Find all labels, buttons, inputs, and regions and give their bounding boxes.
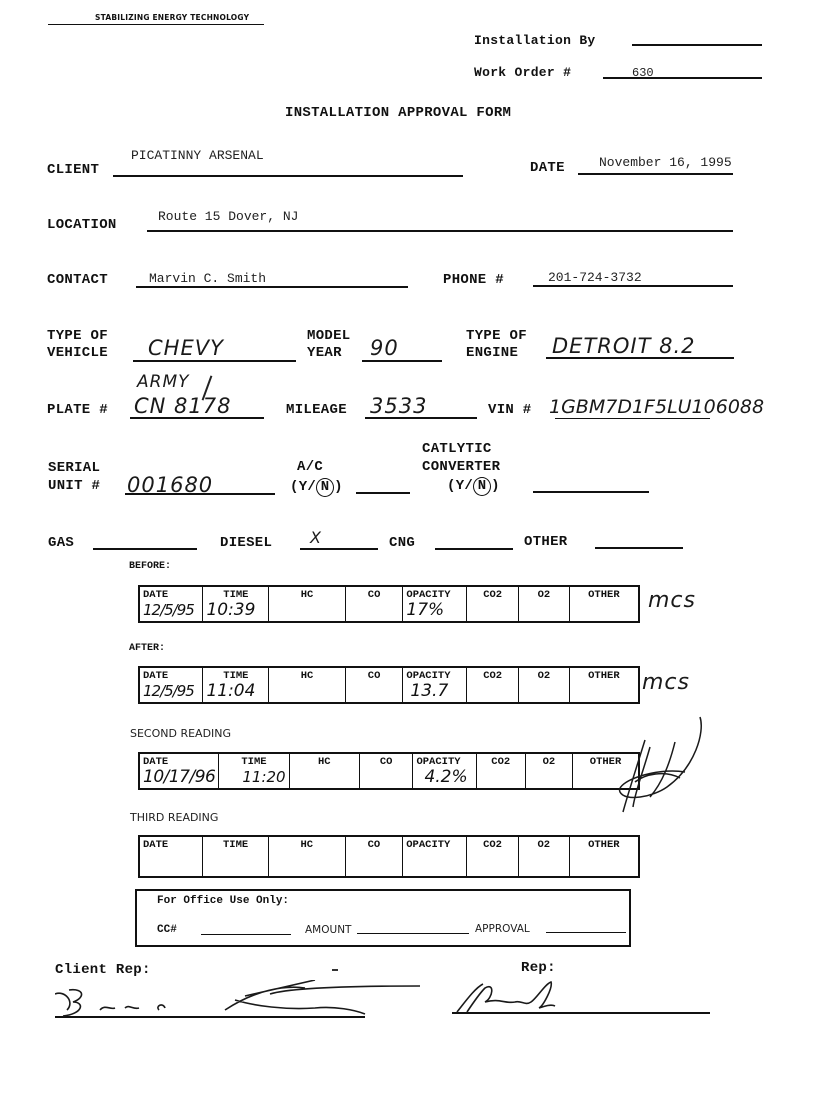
col-hc-header: HC bbox=[293, 756, 356, 768]
work-order-label: Work Order # bbox=[474, 65, 571, 80]
gas-field[interactable] bbox=[93, 548, 197, 550]
after-initials: mcs bbox=[642, 670, 690, 695]
location-label: LOCATION bbox=[47, 217, 117, 233]
second-time-value[interactable]: 11:20 bbox=[222, 768, 285, 786]
ac-options: (Y/N) bbox=[290, 478, 343, 497]
vehicle-type-label: TYPE OF VEHICLE bbox=[47, 328, 108, 362]
ac-field[interactable] bbox=[356, 492, 410, 494]
company-underline bbox=[48, 24, 264, 25]
before-reading-table: DATE12/5/95 TIME10:39 HC CO OPACITY17% C… bbox=[138, 585, 640, 623]
third-reading-label: THIRD READING bbox=[130, 811, 218, 824]
col-co2-header: CO2 bbox=[470, 670, 515, 682]
cng-label: CNG bbox=[389, 535, 415, 551]
date-value: November 16, 1995 bbox=[599, 155, 732, 170]
ac-yes[interactable]: Y bbox=[299, 479, 308, 495]
location-value: Route 15 Dover, NJ bbox=[158, 209, 298, 224]
location-field[interactable] bbox=[147, 230, 733, 232]
cat-converter-label-line1: CATLYTIC bbox=[422, 441, 492, 457]
serial-label-line1: SERIAL bbox=[48, 460, 100, 476]
contact-label: CONTACT bbox=[47, 272, 108, 288]
cng-field[interactable] bbox=[435, 548, 513, 550]
table-row: DATE10/17/96 TIME11:20 HC CO OPACITY4.2%… bbox=[139, 753, 639, 789]
engine-type-value: DETROIT 8.2 bbox=[552, 334, 695, 358]
cat-converter-label: CATLYTIC CONVERTER bbox=[422, 440, 500, 476]
col-opacity-header: OPACITY bbox=[406, 839, 463, 851]
col-date-header: DATE bbox=[143, 589, 199, 601]
vin-label: VIN # bbox=[488, 402, 532, 418]
vehicle-type-field[interactable] bbox=[133, 360, 296, 362]
second-opacity-value[interactable]: 4.2% bbox=[416, 768, 472, 786]
plate-label: PLATE # bbox=[47, 402, 108, 418]
after-label: AFTER: bbox=[129, 643, 165, 654]
ac-no-selected[interactable]: N bbox=[316, 478, 334, 497]
col-co-header: CO bbox=[363, 756, 410, 768]
ac-label: A/C bbox=[297, 459, 323, 475]
diesel-field[interactable] bbox=[300, 548, 378, 550]
col-other-header: OTHER bbox=[573, 839, 635, 851]
after-opacity-value[interactable]: 13.7 bbox=[406, 682, 463, 700]
col-time-header: TIME bbox=[222, 756, 285, 768]
vehicle-type-label-line2: VEHICLE bbox=[47, 345, 108, 361]
mileage-value: 3533 bbox=[370, 394, 427, 418]
mileage-field[interactable] bbox=[365, 417, 477, 419]
second-date-value[interactable]: 10/17/96 bbox=[143, 768, 215, 786]
phone-value: 201-724-3732 bbox=[548, 270, 642, 285]
vin-field[interactable] bbox=[555, 418, 710, 419]
col-o2-header: O2 bbox=[522, 589, 566, 601]
plate-field[interactable] bbox=[130, 417, 264, 419]
phone-label: PHONE # bbox=[443, 272, 504, 288]
third-reading-table: DATE TIME HC CO OPACITY CO2 O2 OTHER bbox=[138, 835, 640, 878]
cat-no-selected[interactable]: N bbox=[473, 477, 491, 496]
contact-field[interactable] bbox=[136, 286, 408, 288]
client-field[interactable] bbox=[113, 175, 463, 177]
col-co2-header: CO2 bbox=[470, 589, 515, 601]
cat-converter-label-line2: CONVERTER bbox=[422, 459, 500, 475]
approval-field[interactable] bbox=[546, 932, 626, 933]
second-reading-signature-icon bbox=[605, 712, 715, 822]
amount-field[interactable] bbox=[357, 933, 469, 934]
cat-yes[interactable]: Y bbox=[456, 478, 465, 494]
vin-value: 1GBM7D1F5LU106088 bbox=[549, 396, 764, 418]
date-field[interactable] bbox=[578, 173, 733, 175]
col-other-header: OTHER bbox=[573, 670, 635, 682]
engine-type-label-line1: TYPE OF bbox=[466, 328, 527, 344]
amount-label: AMOUNT bbox=[305, 924, 351, 936]
col-hc-header: HC bbox=[272, 589, 341, 601]
model-year-label-line2: YEAR bbox=[307, 345, 342, 361]
col-hc-header: HC bbox=[272, 839, 342, 851]
table-row: DATE12/5/95 TIME11:04 HC CO OPACITY13.7 … bbox=[139, 667, 639, 703]
after-reading-table: DATE12/5/95 TIME11:04 HC CO OPACITY13.7 … bbox=[138, 666, 640, 704]
model-year-field[interactable] bbox=[362, 360, 442, 362]
col-co-header: CO bbox=[349, 589, 400, 601]
cc-label: CC# bbox=[157, 924, 177, 936]
col-other-header: OTHER bbox=[573, 589, 635, 601]
other-fuel-field[interactable] bbox=[595, 547, 683, 549]
installation-by-field[interactable] bbox=[632, 44, 762, 46]
engine-type-label: TYPE OF ENGINE bbox=[466, 328, 527, 362]
model-year-label: MODEL YEAR bbox=[307, 328, 351, 362]
plate-value: CN 8178 bbox=[134, 394, 232, 418]
table-row: DATE TIME HC CO OPACITY CO2 O2 OTHER bbox=[139, 836, 639, 877]
client-value: PICATINNY ARSENAL bbox=[131, 148, 264, 163]
gas-label: GAS bbox=[48, 535, 74, 551]
model-year-value: 90 bbox=[370, 336, 399, 360]
client-label: CLIENT bbox=[47, 162, 99, 178]
client-rep-signature-icon bbox=[55, 980, 425, 1030]
col-hc-header: HC bbox=[272, 670, 341, 682]
client-rep-label: Client Rep: bbox=[55, 962, 151, 978]
col-co2-header: CO2 bbox=[470, 839, 515, 851]
stray-mark bbox=[332, 969, 338, 971]
cat-options: (Y/N) bbox=[447, 477, 500, 496]
after-time-value[interactable]: 11:04 bbox=[206, 682, 265, 700]
engine-type-label-line2: ENGINE bbox=[466, 345, 518, 361]
vehicle-type-label-line1: TYPE OF bbox=[47, 328, 108, 344]
before-initials: mcs bbox=[648, 588, 696, 613]
col-co2-header: CO2 bbox=[480, 756, 522, 768]
serial-label: SERIAL UNIT # bbox=[48, 459, 100, 495]
vehicle-type-value: CHEVY bbox=[148, 336, 224, 360]
installation-by-label: Installation By bbox=[474, 33, 596, 48]
approval-label: APPROVAL bbox=[475, 923, 530, 935]
before-time-value[interactable]: 10:39 bbox=[206, 601, 265, 619]
form-title: INSTALLATION APPROVAL FORM bbox=[285, 105, 511, 121]
contact-value: Marvin C. Smith bbox=[149, 271, 266, 286]
before-date-value[interactable]: 12/5/95 bbox=[143, 601, 199, 619]
plate-note: ARMY bbox=[137, 372, 190, 392]
diesel-checkmark: X bbox=[310, 528, 322, 547]
model-year-label-line1: MODEL bbox=[307, 328, 351, 344]
col-time-header: TIME bbox=[206, 839, 265, 851]
date-label: DATE bbox=[530, 160, 565, 176]
office-use-box: For Office Use Only: CC# AMOUNT APPROVAL bbox=[135, 889, 631, 947]
other-fuel-label: OTHER bbox=[524, 534, 568, 550]
cc-field[interactable] bbox=[201, 934, 291, 935]
col-o2-header: O2 bbox=[529, 756, 569, 768]
phone-field[interactable] bbox=[533, 285, 733, 287]
rep-label: Rep: bbox=[521, 960, 556, 976]
mileage-label: MILEAGE bbox=[286, 402, 347, 418]
diesel-label: DIESEL bbox=[220, 535, 272, 551]
office-use-title: For Office Use Only: bbox=[157, 895, 289, 907]
col-co-header: CO bbox=[349, 839, 400, 851]
col-o2-header: O2 bbox=[522, 670, 566, 682]
company-name: STABILIZING ENERGY TECHNOLOGY bbox=[95, 13, 249, 22]
col-date-header: DATE bbox=[143, 670, 199, 682]
after-date-value[interactable]: 12/5/95 bbox=[143, 682, 199, 700]
cat-converter-field[interactable] bbox=[533, 491, 649, 493]
serial-field[interactable] bbox=[125, 493, 275, 495]
before-opacity-value[interactable]: 17% bbox=[406, 601, 463, 619]
work-order-field[interactable] bbox=[603, 77, 762, 79]
engine-type-field[interactable] bbox=[546, 357, 734, 359]
second-reading-table: DATE10/17/96 TIME11:20 HC CO OPACITY4.2%… bbox=[138, 752, 640, 790]
serial-label-line2: UNIT # bbox=[48, 478, 100, 494]
col-date-header: DATE bbox=[143, 839, 199, 851]
col-co-header: CO bbox=[349, 670, 400, 682]
table-row: DATE12/5/95 TIME10:39 HC CO OPACITY17% C… bbox=[139, 586, 639, 622]
before-label: BEFORE: bbox=[129, 561, 171, 572]
work-order-value: 630 bbox=[632, 66, 654, 80]
second-reading-label: SECOND READING bbox=[130, 727, 231, 740]
col-o2-header: O2 bbox=[522, 839, 566, 851]
rep-signature-icon bbox=[455, 978, 565, 1018]
